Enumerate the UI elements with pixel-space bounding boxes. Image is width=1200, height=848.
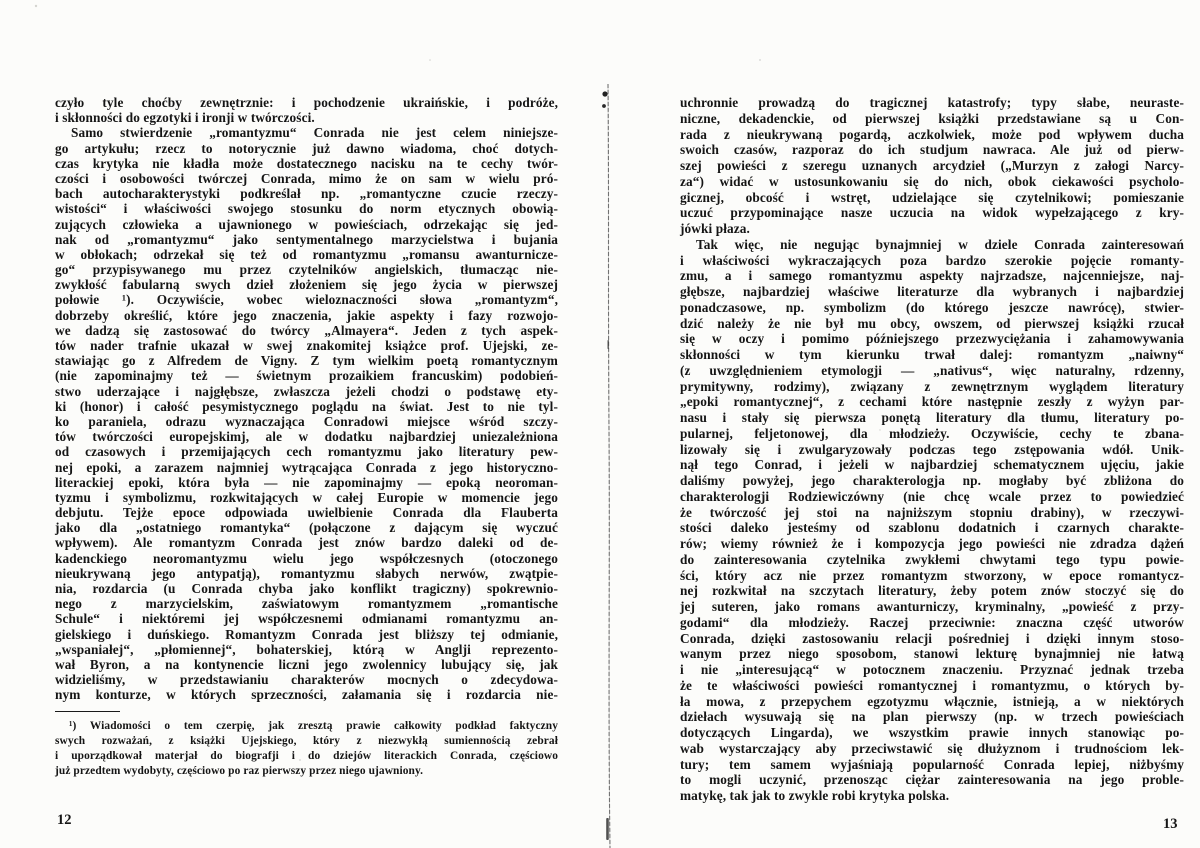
text-line: gicznej, obcość i wstręt, udzielające si… xyxy=(680,190,1184,206)
text-line: ki (honor) i całość pesymistycznego pogl… xyxy=(55,399,558,414)
text-line: ko paraniela, odrazu wyznaczająca Conrad… xyxy=(55,414,558,429)
paragraph: Tak więc, nie negując bynajmniej w dziel… xyxy=(680,237,1184,804)
text-line: zmu, a i samego romantyzmu aspekty najrz… xyxy=(680,268,1184,284)
text-line: do zainteresowania czytelnika zwykłemi c… xyxy=(680,552,1184,568)
text-line: skłonności w tym kierunku trwał dalej: r… xyxy=(680,347,1184,363)
paragraph: ¹) Wiadomości o tem czerpię, jak zresztą… xyxy=(55,719,558,779)
text-line: nia, rozdarcia (u Conrada chyba jako kon… xyxy=(55,581,558,596)
text-line: tury; tem samem wyjaśniają popularność C… xyxy=(680,757,1184,773)
text-line: dobrzeby określić, które jego znaczenia,… xyxy=(55,308,558,323)
text-line: wpływem). Ale romantyzm Conrada jest znó… xyxy=(55,535,558,550)
text-line: godami“ dla młodzieży. Raczej przeciwnie… xyxy=(680,615,1184,631)
text-line: jako dla „ostatniego romantyka“ (połączo… xyxy=(55,520,558,535)
text-line: stawiając go z Alfredem de Vigny. Z tym … xyxy=(55,353,558,368)
text-line: stości daleko jesteśmy od szablonu dodat… xyxy=(680,520,1184,536)
text-line: gielskiego i duńskiego. Romantyzm Conrad… xyxy=(55,627,558,642)
text-line: swoich czasów, razporaz do ich studjum n… xyxy=(680,142,1184,158)
page-number-right: 13 xyxy=(1163,816,1178,833)
paragraph: uchronnie prowadzą do tragicznej katastr… xyxy=(680,95,1184,237)
text-line: uczuć przypominające nasze uczucia na wi… xyxy=(680,205,1184,221)
text-line: wistości“ i właściwości swojego stosunku… xyxy=(55,201,558,216)
text-line: nak od „romantyzmu“ jako sentymentalnego… xyxy=(55,232,558,247)
text-line: (nie zapominajmy też — świetnym prozaiki… xyxy=(55,368,558,383)
text-line: Conrada, dzięki zastosowaniu relacji poś… xyxy=(680,631,1184,647)
text-line: nej epoki, a zarazem najmniej wytrącając… xyxy=(55,460,558,475)
text-line: nasu i stały się pierwsza ponętą literat… xyxy=(680,410,1184,426)
text-line: dotyczących Lingarda), we wszystkim praw… xyxy=(680,725,1184,741)
text-line: kadenckiego neoromantyzmu wielu jego wsp… xyxy=(55,551,558,566)
text-line: i właściwości wykraczających poza bardzo… xyxy=(680,253,1184,269)
text-line: wał Byron, a na kontynencie liczni jego … xyxy=(55,657,558,672)
text-line: dziełach wysuwają się na plan pierwszy (… xyxy=(680,709,1184,725)
text-line: nął tego Conrad, i jeżeli w najbardziej … xyxy=(680,457,1184,473)
text-line: w obłokach; odrzekał się też od romantyz… xyxy=(55,247,558,262)
text-line: go“ przypisywanego mu przez czytelników … xyxy=(55,262,558,277)
text-line: pularnej, feljetonowej, dla młodzieży. O… xyxy=(680,426,1184,442)
book-scan-spread: { "colors": { "paper": "#fcfcfa", "ink":… xyxy=(0,0,1200,848)
paragraph: Samo stwierdzenie „romantyzmu“ Conrada n… xyxy=(55,125,558,702)
text-line: głębsze, najbardziej właściwe literaturz… xyxy=(680,284,1184,300)
page-left-text-column: czyło tyle choćby zewnętrznie: i pochodz… xyxy=(55,95,558,703)
text-line: literackiej epoki, która była — nie zapo… xyxy=(55,475,558,490)
text-line: że twórczość jej stoi na najniższym stop… xyxy=(680,505,1184,521)
text-line: go artykułu; rzecz to notorycznie już da… xyxy=(55,141,558,156)
text-line: ¹) Wiadomości o tem czerpię, jak zresztą… xyxy=(55,719,558,734)
text-line: i skłonności do egzotyki i ironji w twór… xyxy=(55,110,558,125)
text-line: tów twórczości europejskimj, ale w dodat… xyxy=(55,429,558,444)
text-line: to mogli uczynić, przenosząc ciężar zain… xyxy=(680,772,1184,788)
text-line: charakterologji Rodziewiczówny (nie chcę… xyxy=(680,489,1184,505)
text-line: za“) widać w ustosunkowaniu się do nich,… xyxy=(680,174,1184,190)
text-line: Schule“ i niektóremi jej współczesnemi o… xyxy=(55,611,558,626)
text-line: nieukrywaną jego antypatją), romantyzmu … xyxy=(55,566,558,581)
text-line: szej powieści z szeregu uznanych arcydzi… xyxy=(680,158,1184,174)
text-line: Tak więc, nie negując bynajmniej w dziel… xyxy=(680,237,1184,253)
text-line: że te właściwości powieści romantycznej … xyxy=(680,678,1184,694)
text-line: i uporządkował materjał do biografji i d… xyxy=(55,749,558,764)
text-line: czyło tyle choćby zewnętrznie: i pochodz… xyxy=(55,95,558,110)
text-line: matykę, tak jak to zwykle robi krytyka p… xyxy=(680,788,1184,804)
text-line: już przedtem wydobyty, częściowo po raz … xyxy=(55,764,558,779)
text-line: zujących człowieka a ujawnionego w powie… xyxy=(55,217,558,232)
text-line: tów nader trafnie ukazał w swej znakomit… xyxy=(55,338,558,353)
text-line: swych rozważań, z książki Ujejskiego, kt… xyxy=(55,734,558,749)
text-line: wanym przez niego sposobom, stanowi lekt… xyxy=(680,646,1184,662)
text-line: (z uwzględnieniem etymologji — „nativus“… xyxy=(680,363,1184,379)
text-line: stwo uderzające i najgłębsze, zwłaszcza … xyxy=(55,384,558,399)
text-line: uchronnie prowadzą do tragicznej katastr… xyxy=(680,95,1184,111)
text-line: jej suteren, jako romans awanturniczy, k… xyxy=(680,599,1184,615)
footnote-separator-rule xyxy=(55,711,120,712)
text-line: czości i osobowości twórczej Conrada, mi… xyxy=(55,171,558,186)
text-line: tyzmu i symbolizmu, rozkwitających w cał… xyxy=(55,490,558,505)
text-line: rów; wiemy również że i kompozycja jego … xyxy=(680,536,1184,552)
text-line: ponadczasowe, np. symbolizm (do którego … xyxy=(680,300,1184,316)
text-line: daliśmy powyżej, jego charakterologja np… xyxy=(680,473,1184,489)
text-line: we dadzą się zastosować do twórcy „Almay… xyxy=(55,323,558,338)
two-page-spread: czyło tyle choćby zewnętrznie: i pochodz… xyxy=(0,0,1200,848)
text-line: od czasowych i przemijających cech roman… xyxy=(55,444,558,459)
text-line: nej rozkwitał na szczytach literatury, ż… xyxy=(680,583,1184,599)
text-line: „wspaniałej“, „płomiennej“, bohaterskiej… xyxy=(55,642,558,657)
page-number-left: 12 xyxy=(57,812,72,829)
text-line: debjutu. Tejże epoce odpowiada uwielbien… xyxy=(55,505,558,520)
text-line: nym konturze, w których sprzeczności, za… xyxy=(55,687,558,702)
text-line: prymitywny, rodzimy), związany z zewnętr… xyxy=(680,379,1184,395)
text-line: i nie „interesującą“ w potocznem znaczen… xyxy=(680,662,1184,678)
text-line: się w oczy i pomimo późniejszego przezwy… xyxy=(680,331,1184,347)
text-line: zwykłość fabularną swych dzieł złożeniem… xyxy=(55,277,558,292)
text-line: bach autocharakterystyki podkreślał np. … xyxy=(55,186,558,201)
text-line: czas krytyka nie kładła może dostateczne… xyxy=(55,156,558,171)
text-line: niczne, dekadenckie, od pierwszej książk… xyxy=(680,111,1184,127)
text-line: ści, który acz nie przez romantyzm stwor… xyxy=(680,568,1184,584)
text-line: rada z nieukrywaną pogardą, aczkolwiek, … xyxy=(680,127,1184,143)
page-right-text-column: uchronnie prowadzą do tragicznej katastr… xyxy=(680,95,1184,804)
paragraph: czyło tyle choćby zewnętrznie: i pochodz… xyxy=(55,95,558,125)
text-line: wab wystarczający aby przeciwstawić się … xyxy=(680,741,1184,757)
text-line: widzieliśmy, w przedstawianiu charakteró… xyxy=(55,672,558,687)
text-line: lizowały się i zwulgaryzowały podczas te… xyxy=(680,442,1184,458)
footnote: ¹) Wiadomości o tem czerpię, jak zresztą… xyxy=(55,719,558,779)
text-line: „epoki romantycznej“, z cechami które na… xyxy=(680,394,1184,410)
text-line: jówki płaza. xyxy=(680,221,1184,237)
text-line: połowie ¹). Oczywiście, wobec wieloznacz… xyxy=(55,292,558,307)
text-line: Samo stwierdzenie „romantyzmu“ Conrada n… xyxy=(55,125,558,140)
text-line: nego z marzycielskim, zaświatowym romant… xyxy=(55,596,558,611)
text-line: ła mowa, z przepychem egzotyzmu włącznie… xyxy=(680,694,1184,710)
text-line: dzić należy że nie był mu obcy, owszem, … xyxy=(680,316,1184,332)
